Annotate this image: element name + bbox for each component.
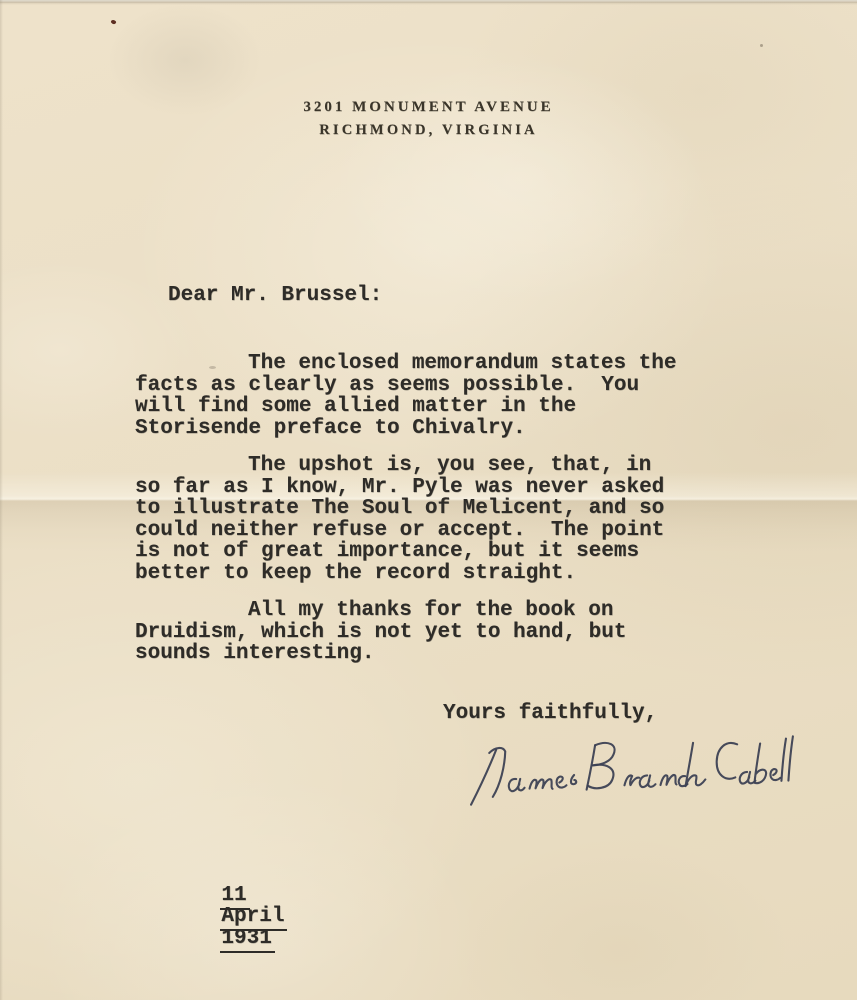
letter-page: 3201 MONUMENT AVENUE RICHMOND, VIRGINIA … xyxy=(0,0,857,1000)
letterhead-address-line2: RICHMOND, VIRGINIA xyxy=(0,119,857,142)
signature-word-cabell xyxy=(716,736,795,784)
paper-speck xyxy=(760,44,763,47)
paper-top-edge xyxy=(0,0,857,5)
body-paragraph-2: The upshot is, you see, that, in so far … xyxy=(135,455,664,585)
signature-word-james xyxy=(469,745,577,804)
date-year: 1931 xyxy=(220,927,274,953)
handwritten-signature: James Branch Cabell xyxy=(465,729,799,813)
ink-speck xyxy=(110,19,116,25)
letterhead-address-line1: 3201 MONUMENT AVENUE xyxy=(0,96,857,119)
body-paragraph-3: All my thanks for the book on Druidism, … xyxy=(135,600,626,665)
letterhead: 3201 MONUMENT AVENUE RICHMOND, VIRGINIA xyxy=(0,96,857,142)
complimentary-closing: Yours faithfully, xyxy=(443,703,657,725)
signature-word-branch xyxy=(585,740,706,790)
paper-left-edge xyxy=(0,0,3,1000)
body-paragraph-1: The enclosed memorandum states the facts… xyxy=(135,353,676,439)
salutation: Dear Mr. Brussel: xyxy=(168,285,382,307)
dateline: 11 April 1931 xyxy=(170,863,296,971)
